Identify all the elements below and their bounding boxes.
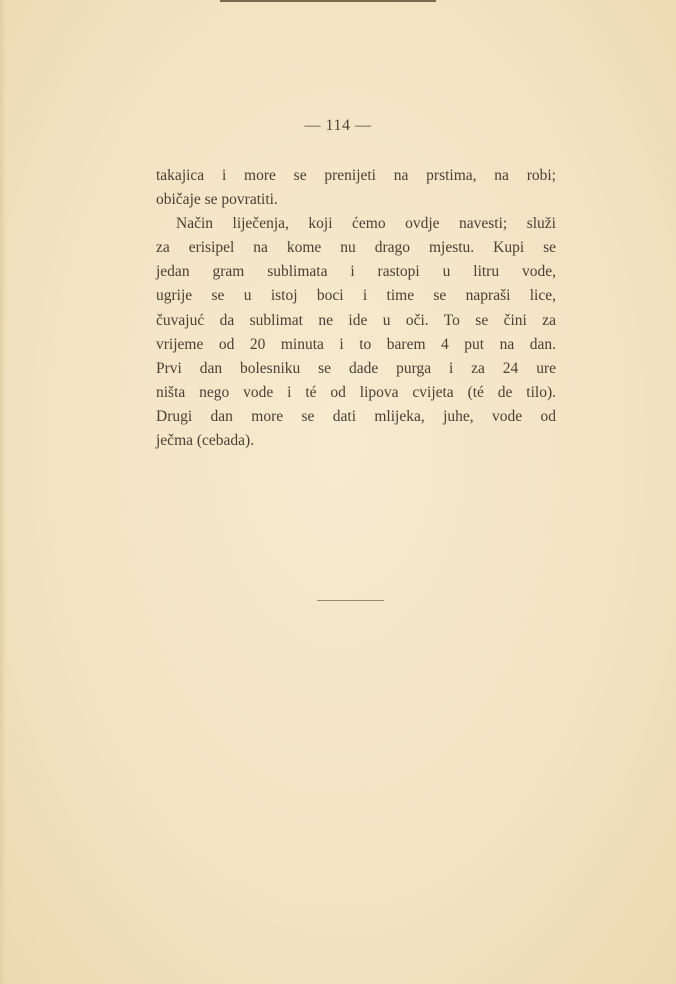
text-line: vrijeme od 20 minuta i to barem 4 put na… xyxy=(156,333,556,357)
text-line: Način liječenja, koji ćemo ovdje navesti… xyxy=(156,212,556,236)
text-line: ječma (cebada). xyxy=(156,429,556,453)
text-line: jedan gram sublimata i rastopi u litru v… xyxy=(156,260,556,284)
page-number: — 114 — xyxy=(0,117,676,135)
scan-left-edge xyxy=(0,0,6,984)
text-line: takajica i more se prenijeti na prstima,… xyxy=(156,164,556,188)
text-line: običaje se povratiti. xyxy=(156,188,556,212)
text-line: za erisipel na kome nu drago mjestu. Kup… xyxy=(156,236,556,260)
text-line: čuvajuć da sublimat ne ide u oči. To se … xyxy=(156,309,556,333)
text-line: Drugi dan more se dati mlijeka, juhe, vo… xyxy=(156,405,556,429)
body-text: takajica i more se prenijeti na prstima,… xyxy=(156,164,556,453)
section-divider xyxy=(317,600,384,601)
text-line: ugrije se u istoj boci i time se napraši… xyxy=(156,284,556,308)
scan-top-edge-shadow xyxy=(220,0,436,2)
text-line: Prvi dan bolesniku se dade purga i za 24… xyxy=(156,357,556,381)
text-line: ništa nego vode i té od lipova cvijeta (… xyxy=(156,381,556,405)
